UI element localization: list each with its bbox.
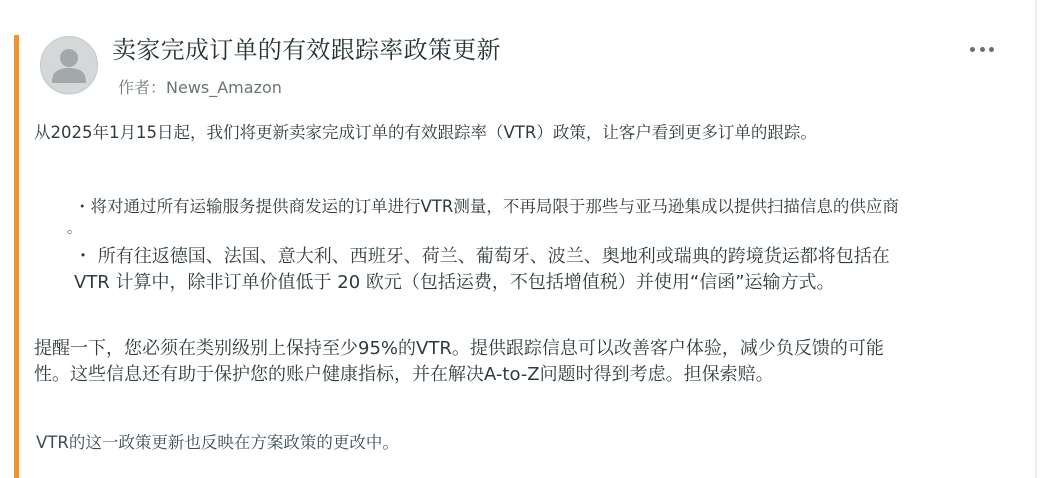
intro-paragraph: 从2025年1月15日起，我们将更新卖家完成订单的有效跟踪率（VTR）政策，让客…	[34, 121, 817, 145]
user-avatar-icon	[41, 37, 97, 93]
bullet-item-2-line-1: ・ 所有往返德国、法国、意大利、西班牙、荷兰、葡萄牙、波兰、奥地利或瑞典的跨境货…	[74, 244, 890, 270]
more-horizontal-icon	[970, 47, 975, 52]
more-horizontal-icon	[989, 47, 994, 52]
reminder-paragraph-line-2: 性。这些信息还有助于保护您的账户健康指标，并在解决A-to-Z问题时得到考虑。担…	[34, 362, 774, 388]
post-accent-bar	[14, 35, 19, 478]
bullet-item-1-line-2: 。	[67, 217, 81, 241]
reminder-paragraph-line-1: 提醒一下，您必须在类别级别上保持至少95%的VTR。提供跟踪信息可以改善客户体验…	[34, 336, 884, 362]
bullet-item-2-line-2: VTR 计算中，除非订单价值低于 20 欧元（包括运费，不包括增值税）并使用“信…	[74, 270, 835, 296]
post-author[interactable]: 作者：News_Amazon	[118, 77, 282, 99]
post-title: 卖家完成订单的有效跟踪率政策更新	[112, 35, 501, 65]
bullet-item-1-line-1: ・将对通过所有运输服务提供商发运的订单进行VTR测量，不再局限于那些与亚马逊集成…	[74, 195, 899, 219]
more-options-button[interactable]	[970, 42, 994, 56]
post-header: 卖家完成订单的有效跟踪率政策更新 作者：News_Amazon	[38, 33, 998, 103]
more-horizontal-icon	[980, 47, 985, 52]
footer-note: VTR的这一政策更新也反映在方案政策的更改中。	[36, 431, 399, 455]
avatar[interactable]	[40, 36, 98, 94]
scrollbar-track[interactable]	[1035, 0, 1037, 478]
